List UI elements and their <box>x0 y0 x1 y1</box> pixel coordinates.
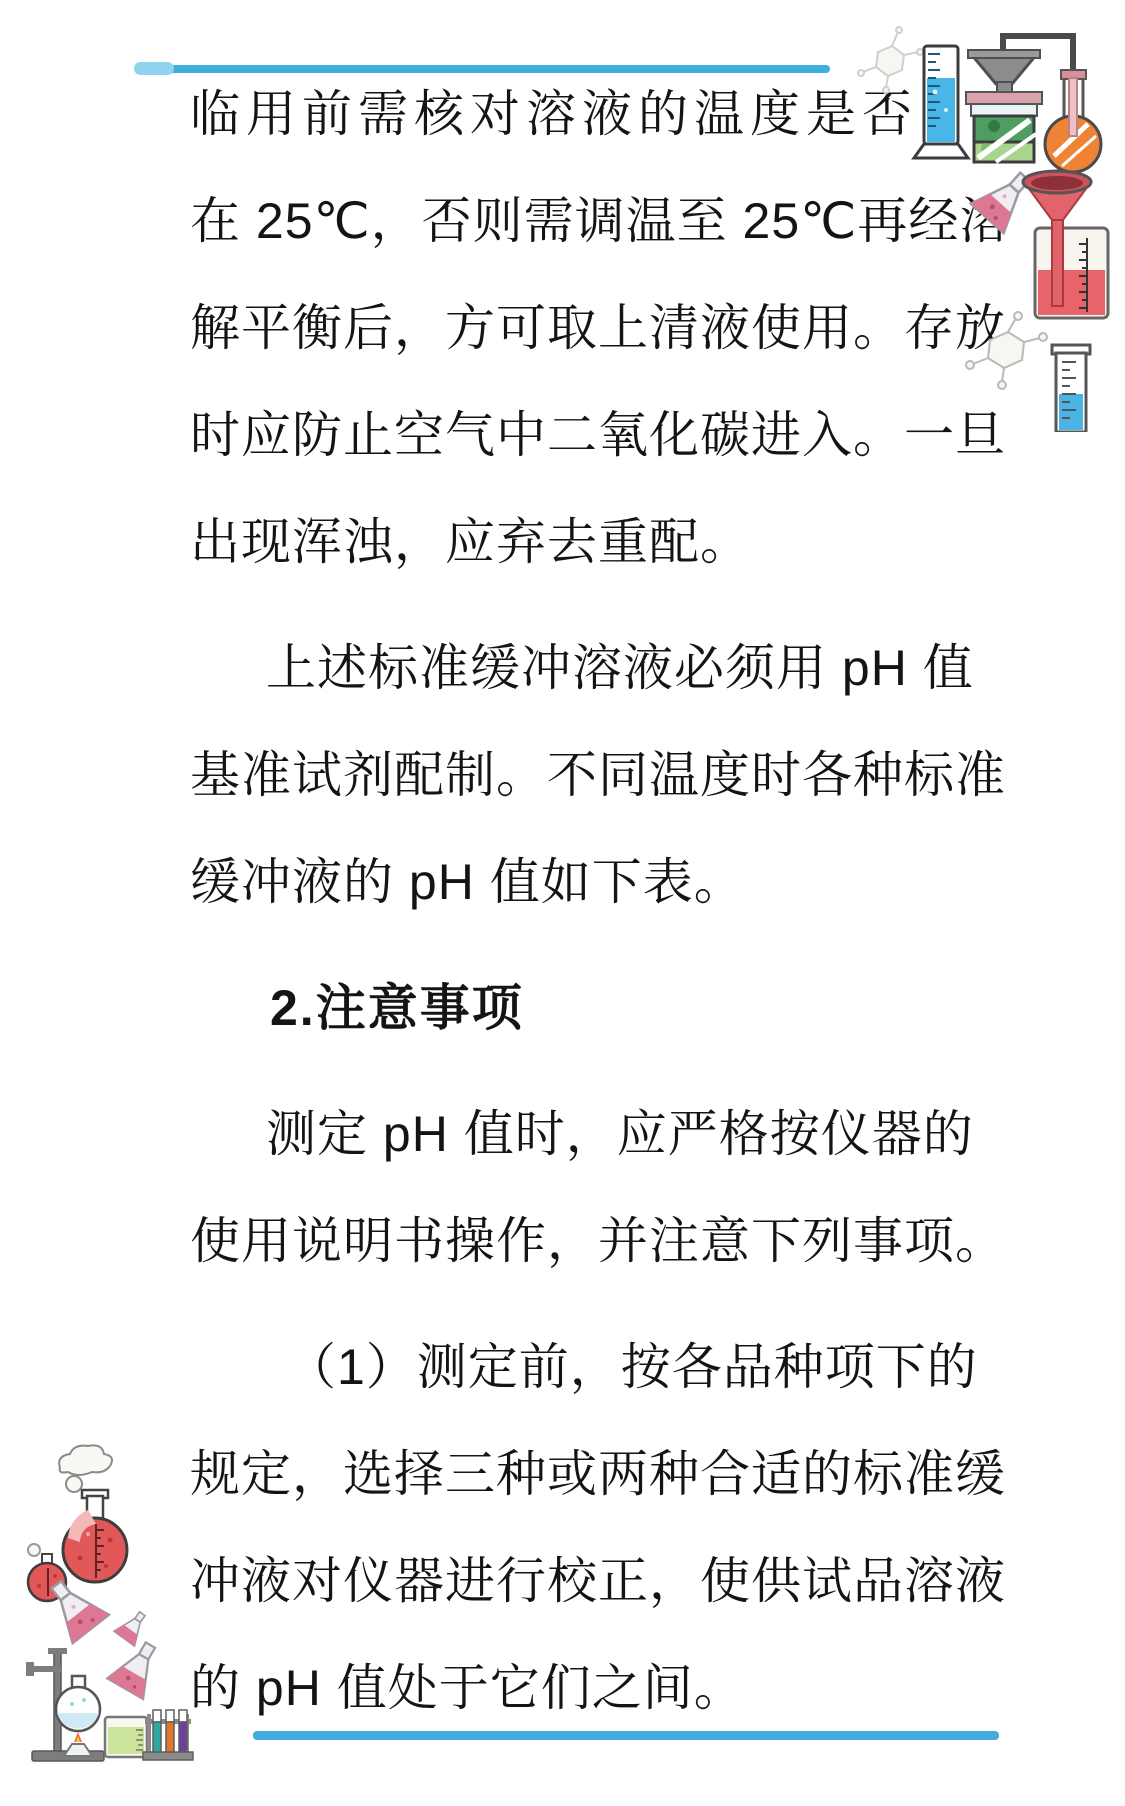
document-page: 临用前需核对溶液的温度是否 在 25℃，否则需调温至 25℃再经溶 解平衡后，方… <box>0 0 1125 1806</box>
paragraph: 测定 pH 值时，应严格按仪器的 使用说明书操作，并注意下列事项。 <box>190 1081 916 1295</box>
text-line: 临用前需核对溶液的温度是否 <box>190 61 916 168</box>
text-line: 在 25℃，否则需调温至 25℃再经溶 <box>190 168 916 275</box>
erlenmeyer-flask-icon <box>107 1635 168 1699</box>
round-flask-icon <box>1045 70 1101 172</box>
text-line: 测定 pH 值时，应严格按仪器的 <box>190 1081 916 1188</box>
paragraph: 上述标准缓冲溶液必须用 pH 值 基准试剂配制。不同温度时各种标准 缓冲液的 p… <box>190 615 916 936</box>
text-line: 缓冲液的 pH 值如下表。 <box>190 829 916 936</box>
text-line: 解平衡后，方可取上清液使用。存放 <box>190 275 916 382</box>
smoke-cloud-icon <box>59 1445 112 1492</box>
beaker-icon <box>105 1717 147 1757</box>
text-line: 冲液对仪器进行校正，使供试品溶液 <box>190 1528 916 1635</box>
text-line: 规定，选择三种或两种合适的标准缓 <box>190 1421 916 1528</box>
text-line: 使用说明书操作，并注意下列事项。 <box>190 1188 916 1295</box>
lab-stand-burner-icon <box>26 1648 104 1761</box>
text-line: 时应防止空气中二氧化碳进入。一旦 <box>190 382 916 489</box>
text-column: 临用前需核对溶液的温度是否 在 25℃，否则需调温至 25℃再经溶 解平衡后，方… <box>190 61 916 1742</box>
graduated-cylinder-icon <box>914 46 968 158</box>
text-line: 基准试剂配制。不同温度时各种标准 <box>190 722 916 829</box>
molecule-icon <box>966 312 1047 389</box>
lab-illustration-top-right <box>840 22 1125 437</box>
erlenmeyer-flask-icon <box>114 1606 153 1646</box>
top-divider-cap <box>134 62 174 75</box>
paragraph: （1）测定前，按各品种项下的 规定，选择三种或两种合适的标准缓 冲液对仪器进行校… <box>190 1314 916 1742</box>
paragraph: 临用前需核对溶液的温度是否 在 25℃，否则需调温至 25℃再经溶 解平衡后，方… <box>190 61 916 596</box>
test-tube-rack-icon <box>143 1710 193 1760</box>
round-flask-icon <box>63 1490 127 1582</box>
text-line: 上述标准缓冲溶液必须用 pH 值 <box>190 615 916 722</box>
lab-illustration-bottom-left <box>8 1438 208 1773</box>
funnel-into-beaker-icon <box>1023 171 1108 318</box>
text-line: 的 pH 值处于它们之间。 <box>190 1635 916 1742</box>
text-line: （1）测定前，按各品种项下的 <box>190 1314 916 1421</box>
text-line: 出现浑浊，应弃去重配。 <box>190 489 916 596</box>
erlenmeyer-flask-icon <box>971 162 1041 233</box>
heading-line: 2.注意事项 <box>190 955 916 1062</box>
section-heading: 2.注意事项 <box>190 955 916 1062</box>
molecule-icon <box>858 27 923 93</box>
graduated-cylinder-icon <box>1052 345 1090 432</box>
